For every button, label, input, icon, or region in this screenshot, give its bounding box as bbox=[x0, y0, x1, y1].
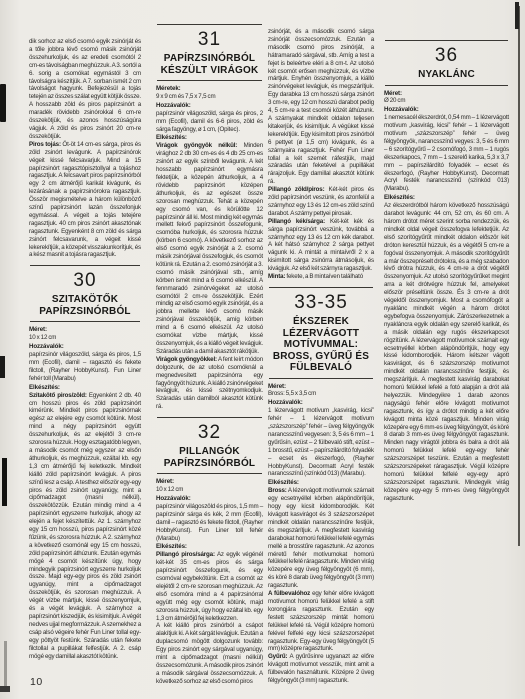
paragraph-fulbevalo: A fülbevalóhoz egy fehér előre kivágott … bbox=[268, 590, 374, 653]
page-number: 10 bbox=[30, 676, 43, 688]
scan-smudge-left-lower bbox=[2, 458, 7, 506]
section-rule bbox=[269, 287, 373, 288]
paragraph-lead: Virágok gyöngyökkel: bbox=[156, 356, 217, 363]
column-right: 36 NYAKLÁNC Méret: Ø 20 cm Hozzávalók: 1… bbox=[384, 34, 509, 503]
section-33-35-header: 33-35 ÉKSZEREK LÉZERVÁGOTT MOTÍVUMMAL: B… bbox=[268, 287, 374, 379]
label-hozzavalok: Hozzávalók: bbox=[384, 106, 509, 114]
label-hozzavalok: Hozzávalók: bbox=[268, 399, 374, 407]
paragraph-minta: Minta: fekete, a B mintaíven található bbox=[268, 273, 374, 281]
label-meret: Méret: bbox=[268, 383, 374, 391]
value-meret: Ø 20 cm bbox=[384, 97, 509, 105]
paragraph-text: zsinórját, és a második csomó sárga zsin… bbox=[268, 28, 374, 185]
section-number: 31 bbox=[156, 29, 263, 50]
section-rule bbox=[30, 321, 140, 322]
paragraph-pillango-zold-piros: Pillangó zöld/piros: Két-két piros és zö… bbox=[268, 186, 374, 218]
value-hozzavalok: papírzsinór világoszöld, sárga és piros,… bbox=[29, 351, 141, 383]
value-hozzavalok: papírzsinór világoszöld, sárga és piros,… bbox=[156, 110, 263, 134]
scan-edge-line-right bbox=[518, 6, 520, 546]
paragraph-lead: A fülbevalóhoz bbox=[268, 590, 310, 597]
column-left: dik sorhoz az első csomó egyik zsinórját… bbox=[29, 38, 141, 660]
section-number: 36 bbox=[384, 45, 509, 66]
section-number: 33-35 bbox=[268, 292, 374, 313]
paragraph-pillango-folytatas: A két kiálló piros zsinórból a csápot al… bbox=[156, 622, 263, 685]
section-number: 30 bbox=[29, 270, 141, 291]
paragraph-gyuru: Gyűrű: A gyűrűsínre ugyanazt az előre ki… bbox=[268, 653, 374, 685]
paragraph-lead: Gyűrű: bbox=[268, 653, 287, 660]
spine-text-smudge bbox=[4, 641, 7, 686]
paragraph-lead: Szitakötő piros/zöld: bbox=[29, 392, 87, 399]
scan-mark-top-right bbox=[515, 2, 519, 29]
paragraph-pillango-continuation: zsinórját, és a második csomó sárga zsin… bbox=[268, 28, 374, 186]
paragraph-text: A lézervágott motívumok szárnait egy ecs… bbox=[268, 487, 374, 589]
scan-smudge-left-top bbox=[0, 84, 6, 122]
label-hozzavalok: Hozzávalók: bbox=[156, 495, 263, 503]
paragraph-viragok-nelkul: Virágok gyöngyök nélkül: Minden virághoz… bbox=[156, 142, 263, 355]
label-elkeszites: Elkészítés: bbox=[156, 543, 263, 551]
paragraph-pillango-kek-sarga: Pillangó kék/sárga: Két-két kék és sárga… bbox=[268, 218, 374, 273]
section-rule bbox=[385, 85, 508, 86]
label-meret: Méret: bbox=[29, 326, 141, 334]
paragraph-pillango-piros-sarga: Pillangó piros/sárga: Az egyik végénél k… bbox=[156, 551, 263, 622]
label-elkeszites: Elkészítés: bbox=[268, 479, 374, 487]
section-rule bbox=[385, 40, 508, 41]
paragraph-bross: Bross: A lézervágott motívumok szárnait … bbox=[268, 487, 374, 590]
column-middle-right: zsinórját, és a második csomó sárga zsin… bbox=[268, 28, 374, 685]
paragraph-text: Az ékszerdrótból három következő hosszús… bbox=[384, 202, 509, 502]
label-elkeszites: Elkészítés: bbox=[384, 194, 509, 202]
scan-smudge-left-middle bbox=[0, 356, 5, 378]
paragraph-text: dik sorhoz az első csomó egyik zsinórját… bbox=[29, 38, 141, 140]
section-number: 32 bbox=[156, 422, 263, 443]
section-title: SZITAKÖTŐK PAPÍRZSINÓRBÓL bbox=[29, 294, 141, 317]
value-hozzavalok: papírzsinór világoszöld és piros, 1,5 mm… bbox=[156, 503, 263, 543]
paragraph-text: Az egyik végénél két-két 35 cm-es piros … bbox=[156, 551, 263, 621]
label-elkeszites: Elkészítés: bbox=[29, 384, 141, 392]
paragraph-text: A két kiálló piros zsinórból a csápot al… bbox=[156, 622, 263, 684]
paragraph-lead: Virágok gyöngyök nélkül: bbox=[156, 142, 237, 149]
value-meretek: 9 x 9 cm és 7,5 x 7,5 cm bbox=[156, 93, 263, 101]
section-title: ÉKSZEREK LÉZERVÁGOTT MOTÍVUMMAL: BROSS, … bbox=[268, 316, 374, 374]
paragraph-egg-continuation: dik sorhoz az első csomó egyik zsinórját… bbox=[29, 38, 141, 141]
paragraph-lead: Pillangó zöld/piros: bbox=[268, 186, 325, 193]
magazine-page: dik sorhoz az első csomó egyik zsinórját… bbox=[0, 0, 525, 699]
section-rule bbox=[157, 24, 262, 25]
section-rule bbox=[157, 80, 262, 81]
paragraph-nyaklanc: Az ékszerdrótból három következő hosszús… bbox=[384, 202, 509, 502]
label-meretek: Méretek: bbox=[156, 85, 263, 93]
paragraph-text: egy fehér előre kivágott motívumot homor… bbox=[268, 590, 374, 652]
section-rule bbox=[157, 473, 262, 474]
section-32-header: 32 PILLANGÓK PAPÍRZSINÓRBÓL bbox=[156, 417, 263, 474]
section-30-header: 30 SZITAKÖTŐK PAPÍRZSINÓRBÓL bbox=[29, 265, 141, 322]
section-title: PILLANGÓK PAPÍRZSINÓRBÓL bbox=[156, 446, 263, 469]
paragraph-lead: Piros tojás: bbox=[29, 141, 61, 148]
label-meret: Méret: bbox=[156, 478, 263, 486]
paragraph-viragok-gyongyokkel: Virágok gyöngyökkel: A fent leírt módon … bbox=[156, 356, 263, 411]
paragraph-text: Egyenként 2 db. 40 cm hosszú piros és zö… bbox=[29, 392, 141, 660]
paragraph-lead: Bross: bbox=[268, 487, 287, 494]
value-meret: 10 x 12 cm bbox=[156, 486, 263, 494]
label-elkeszites: Elkészítés: bbox=[156, 134, 263, 142]
value-meret: 10 x 12 cm bbox=[29, 334, 141, 342]
paragraph-piros-tojas: Piros tojás: Öt-öt 14 cm-es sárga, piros… bbox=[29, 141, 141, 260]
section-rule bbox=[157, 417, 262, 418]
paragraph-lead: Minta: bbox=[268, 273, 285, 280]
value-hozzavalok: 1 lézervágott motívum „kasvirág, kicsi” … bbox=[268, 407, 374, 478]
section-rule bbox=[30, 265, 140, 266]
section-31-header: 31 PAPÍRZSINÓRBÓL KÉSZÜLT VIRÁGOK bbox=[156, 24, 263, 81]
label-hozzavalok: Hozzávalók: bbox=[29, 343, 141, 351]
paragraph-szitakoto: Szitakötő piros/zöld: Egyenként 2 db. 40… bbox=[29, 392, 141, 661]
label-hozzavalok: Hozzávalók: bbox=[156, 102, 263, 110]
paragraph-text: fekete, a B mintaíven található bbox=[286, 273, 363, 280]
value-hozzavalok: 1 nemesacél ékszerdrót, 0,54 mm – 1 léze… bbox=[384, 114, 509, 193]
scan-smudge-left-bottom bbox=[0, 686, 10, 692]
paragraph-text: Minden virághoz 2 db 30 cm-es és 4 db 25… bbox=[156, 142, 263, 355]
section-36-header: 36 NYAKLÁNC bbox=[384, 40, 509, 86]
paragraph-text: A fent leírt módon dolgozunk, de az utol… bbox=[156, 356, 263, 410]
value-meret: Bross: 5,5 x 3,5 cm bbox=[268, 390, 374, 398]
paragraph-lead: Pillangó piros/sárga: bbox=[156, 551, 215, 558]
paragraph-text: Öt-öt 14 cm-es sárga, piros és zöld zsin… bbox=[29, 141, 141, 259]
label-meret: Méret: bbox=[384, 90, 509, 98]
paragraph-text: Két-két kék és sárga papírzsinórt veszün… bbox=[268, 218, 374, 272]
section-title: NYAKLÁNC bbox=[384, 69, 509, 81]
column-middle-left: 31 PAPÍRZSINÓRBÓL KÉSZÜLT VIRÁGOK Mérete… bbox=[156, 18, 263, 686]
paragraph-lead: Pillangó kék/sárga: bbox=[268, 218, 325, 225]
section-rule bbox=[269, 378, 373, 379]
section-title: PAPÍRZSINÓRBÓL KÉSZÜLT VIRÁGOK bbox=[156, 53, 263, 76]
